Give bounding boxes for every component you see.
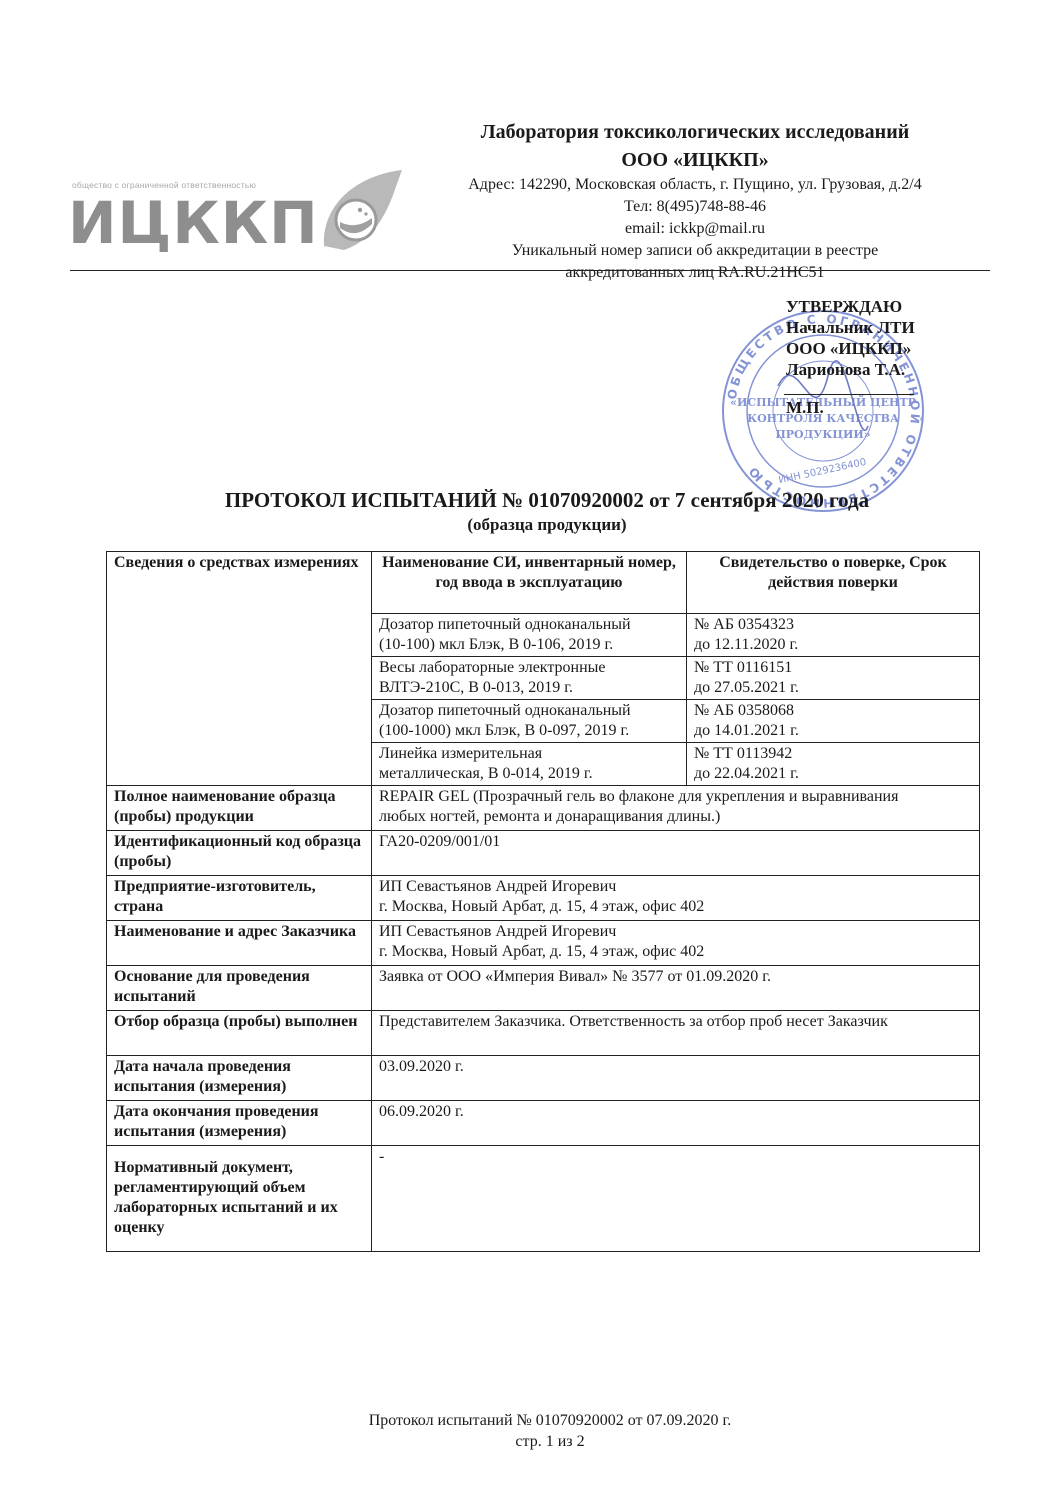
instrument-cert: № ТТ 0116151до 27.05.2021 г. [687, 657, 980, 700]
row-value: 06.09.2020 г. [372, 1101, 980, 1146]
row-label: Дата окончания проведения испытания (изм… [107, 1101, 372, 1146]
table-row: Отбор образца (пробы) выполнен Представи… [107, 1011, 980, 1056]
table-row: Дата начала проведения испытания (измере… [107, 1056, 980, 1101]
instrument-name: Дозатор пипеточный одноканальный(100-100… [372, 700, 687, 743]
instrument-cert: № АБ 0358068до 14.01.2021 г. [687, 700, 980, 743]
row-label: Нормативный документ, регламентирующий о… [107, 1146, 372, 1252]
row-value: REPAIR GEL (Прозрачный гель во флаконе д… [372, 786, 980, 831]
lab-header: Лаборатория токсикологических исследован… [430, 118, 960, 284]
row-label: Предприятие-изготовитель, страна [107, 876, 372, 921]
protocol-table: Сведения о средствах измерениях Наименов… [106, 551, 980, 1252]
instrument-name: Дозатор пипеточный одноканальный(10-100)… [372, 614, 687, 657]
org-name: ООО «ИЦККП» [430, 146, 960, 174]
header-divider [70, 270, 990, 271]
seal-mark: М.П. [786, 397, 915, 418]
lab-email: email: ickkp@mail.ru [430, 218, 960, 240]
table-row: Полное наименование образца (пробы) прод… [107, 786, 980, 831]
leaf-flask-icon [314, 166, 404, 256]
approver-name: Ларионова Т.А. [786, 359, 915, 380]
protocol-title-block: ПРОТОКОЛ ИСПЫТАНИЙ № 01070920002 от 7 се… [0, 487, 1064, 537]
page-footer: Протокол испытаний № 01070920002 от 07.0… [0, 1410, 1064, 1452]
table-row: Сведения о средствах измерениях Наименов… [107, 552, 980, 614]
table-row: Дата окончания проведения испытания (изм… [107, 1101, 980, 1146]
accreditation-line-1: Уникальный номер записи об аккредитации … [430, 240, 960, 262]
col-header-certificate: Свидетельство о поверке, Срок действия п… [687, 552, 980, 614]
row-label: Отбор образца (пробы) выполнен [107, 1011, 372, 1056]
table-row: Предприятие-изготовитель, страна ИП Сева… [107, 876, 980, 921]
table-row: Наименование и адрес Заказчика ИП Севаст… [107, 921, 980, 966]
instrument-name: Линейка измерительнаяметаллическая, В 0-… [372, 743, 687, 786]
instrument-name: Весы лабораторные электронныеВЛТЭ-210С, … [372, 657, 687, 700]
table-row: Нормативный документ, регламентирующий о… [107, 1146, 980, 1252]
approval-block: УТВЕРЖДАЮ Начальник ЛТИ ООО «ИЦККП» Лари… [786, 296, 915, 418]
row-label: Полное наименование образца (пробы) прод… [107, 786, 372, 831]
row-value: Заявка от ООО «Империя Вивал» № 3577 от … [372, 966, 980, 1011]
lab-name: Лаборатория токсикологических исследован… [430, 118, 960, 146]
instruments-label: Сведения о средствах измерениях [107, 552, 372, 786]
col-header-instrument: Наименование СИ, инвентарный номер, год … [372, 552, 687, 614]
logo-wordmark: ИЦККП [68, 188, 319, 258]
page-number: стр. 1 из 2 [0, 1431, 1064, 1452]
row-value: ИП Севастьянов Андрей Игоревичг. Москва,… [372, 876, 980, 921]
row-value: ИП Севастьянов Андрей Игоревичг. Москва,… [372, 921, 980, 966]
footer-protocol-ref: Протокол испытаний № 01070920002 от 07.0… [0, 1410, 1064, 1431]
approver-org: ООО «ИЦККП» [786, 338, 915, 359]
row-value: 03.09.2020 г. [372, 1056, 980, 1101]
lab-phone: Тел: 8(495)748-88-46 [430, 196, 960, 218]
lab-address: Адрес: 142290, Московская область, г. Пу… [430, 174, 960, 196]
approve-heading: УТВЕРЖДАЮ [786, 296, 915, 317]
row-value: - [372, 1146, 980, 1252]
signature-line [784, 380, 914, 395]
protocol-subtitle: (образца продукции) [0, 513, 1064, 537]
company-logo: общество с ограниченной ответственностью… [68, 178, 408, 268]
accreditation-line-2: аккредитованных лиц RA.RU.21НС51 [430, 262, 960, 284]
table-row: Идентификационный код образца (пробы) ГА… [107, 831, 980, 876]
table-row: Основание для проведения испытаний Заявк… [107, 966, 980, 1011]
instrument-cert: № АБ 0354323до 12.11.2020 г. [687, 614, 980, 657]
row-value: ГА20-0209/001/01 [372, 831, 980, 876]
row-label: Идентификационный код образца (пробы) [107, 831, 372, 876]
approver-position: Начальник ЛТИ [786, 317, 915, 338]
row-label: Наименование и адрес Заказчика [107, 921, 372, 966]
protocol-title: ПРОТОКОЛ ИСПЫТАНИЙ № 01070920002 от 7 се… [0, 487, 1064, 513]
instrument-cert: № ТТ 0113942до 22.04.2021 г. [687, 743, 980, 786]
svg-text:ПРОДУКЦИИ»: ПРОДУКЦИИ» [775, 428, 870, 441]
row-label: Дата начала проведения испытания (измере… [107, 1056, 372, 1101]
row-value: Представителем Заказчика. Ответственност… [372, 1011, 980, 1056]
row-label: Основание для проведения испытаний [107, 966, 372, 1011]
